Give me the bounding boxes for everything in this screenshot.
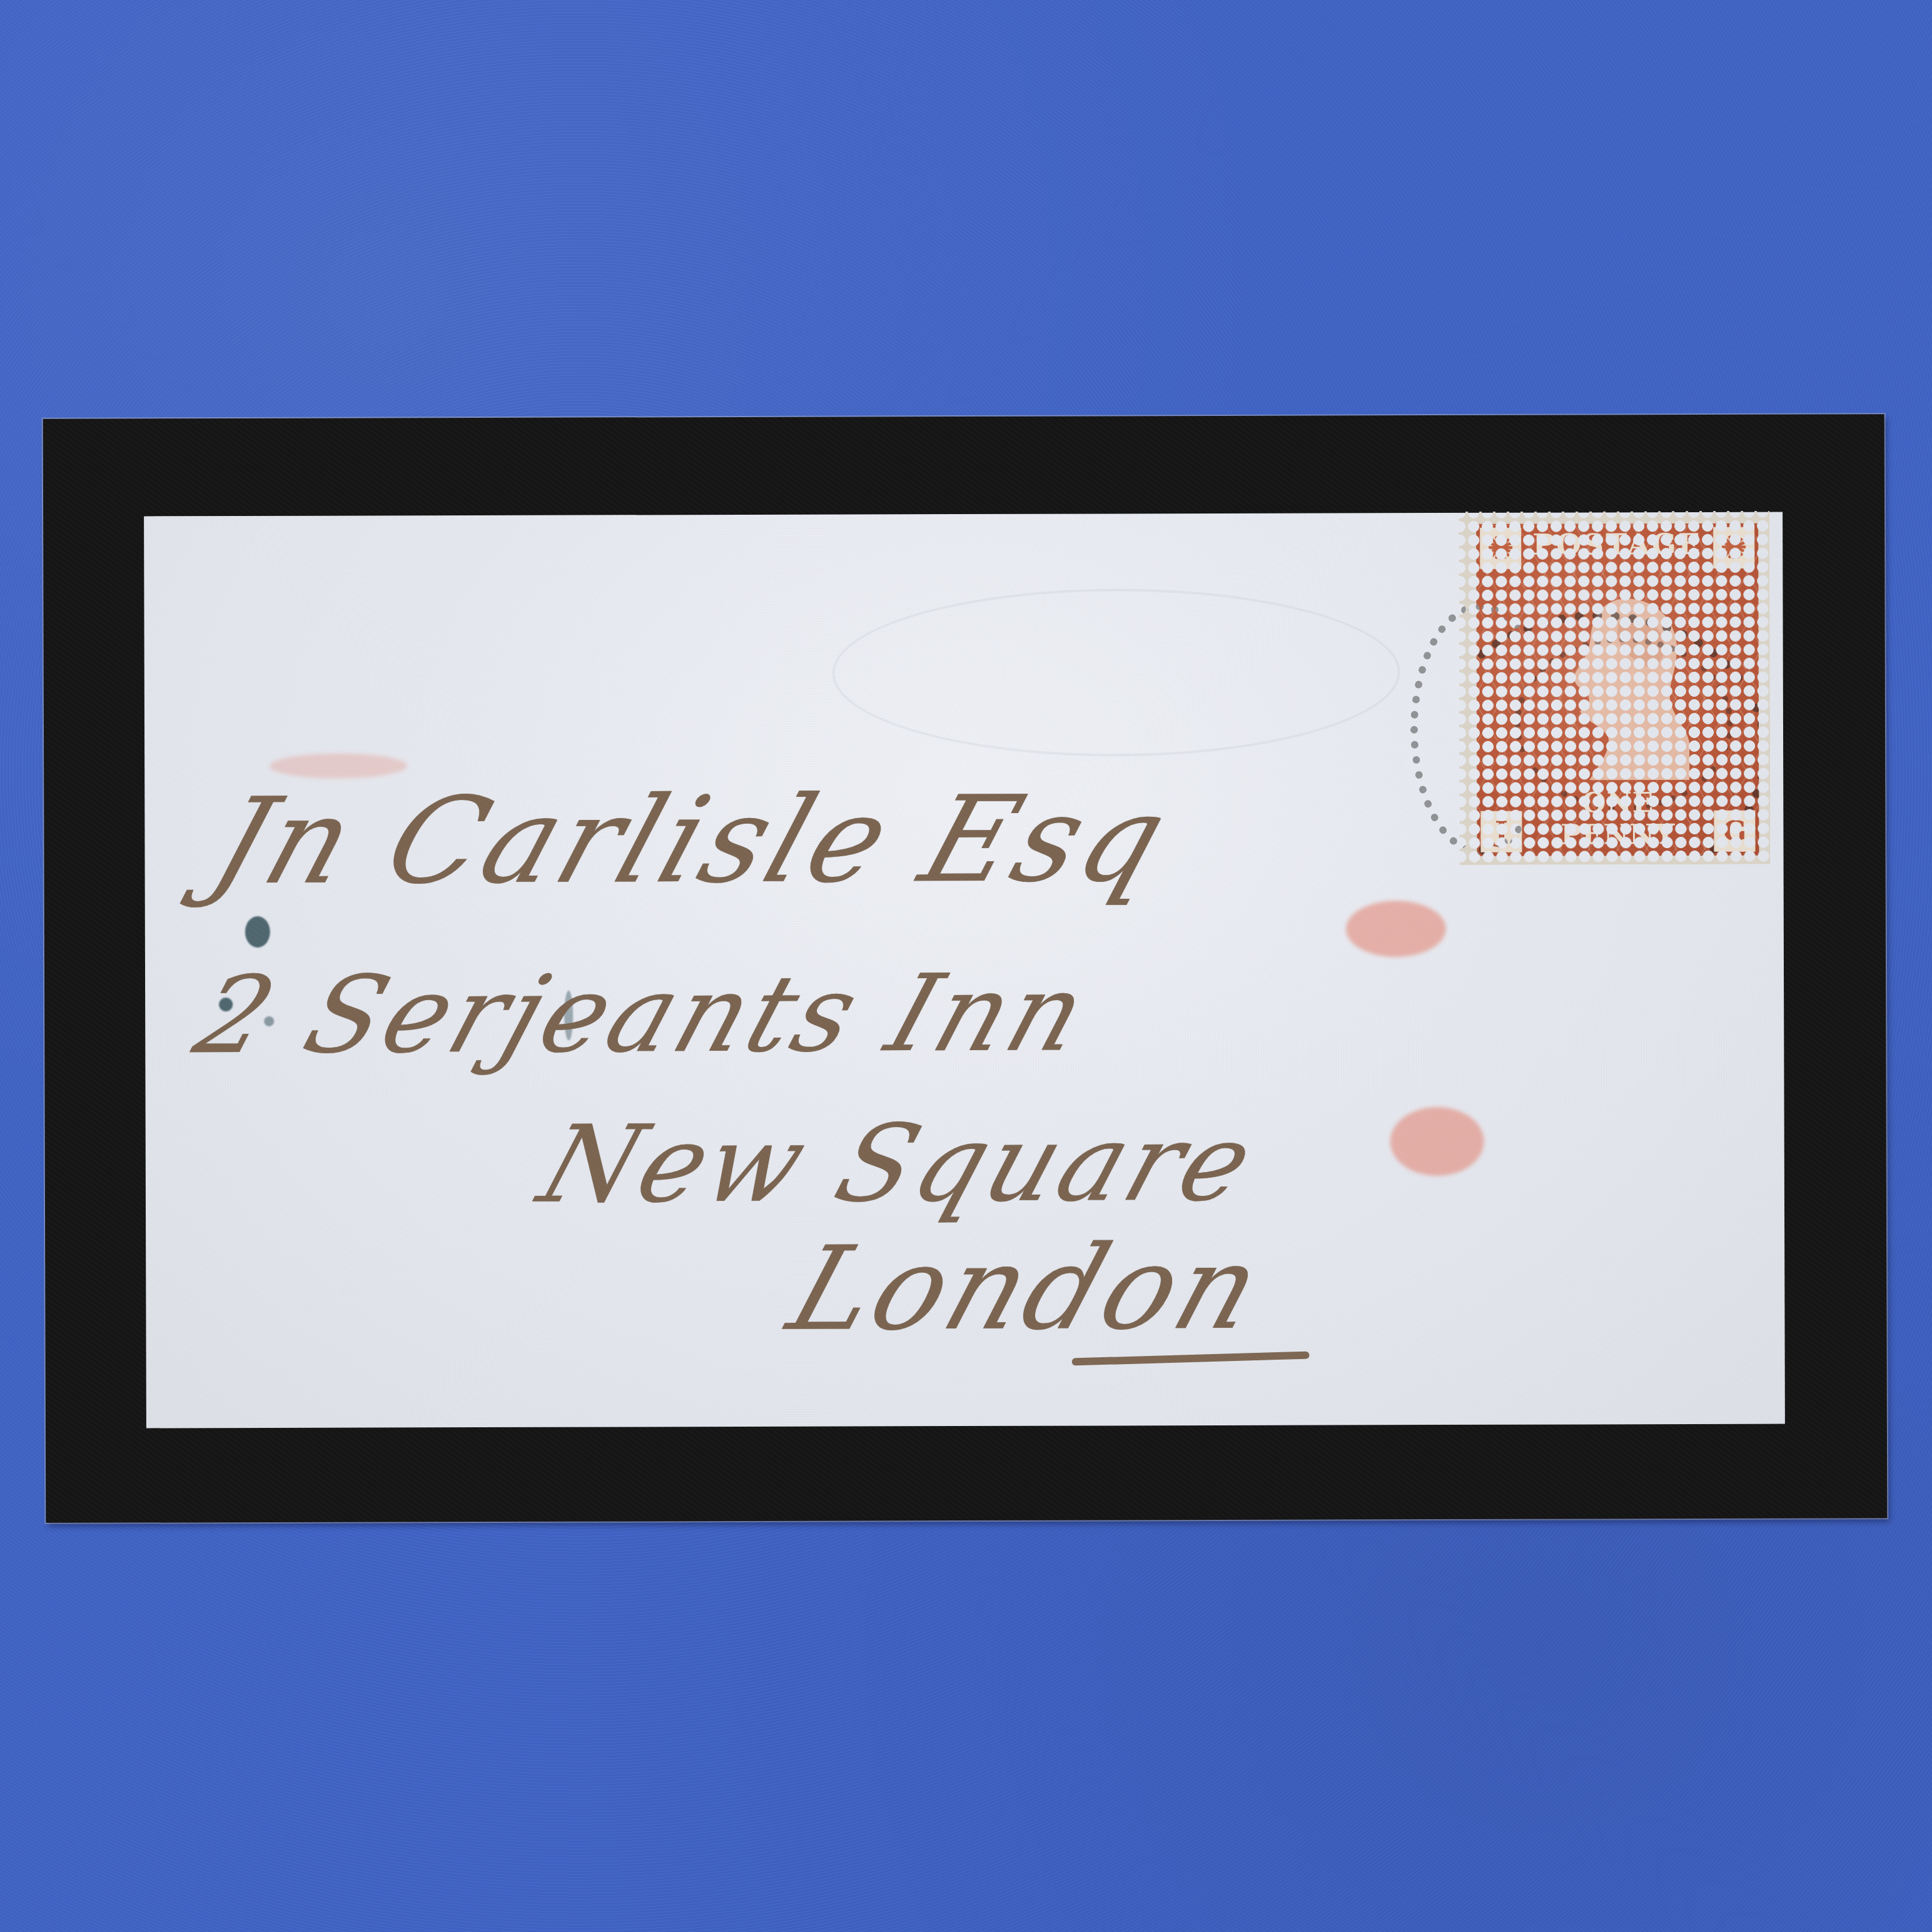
address-line-area: New Square (526, 1101, 1271, 1227)
stamp-design: ✺ ✺ POSTAGE J G ONE PENNY (1476, 523, 1759, 856)
stamp-value-label: ONE PENNY (1525, 787, 1710, 851)
address-line-name: Jn Carlisle Esq (198, 770, 1186, 911)
stamp-corner-letter-right: G (1714, 811, 1755, 852)
stamp-corner-letter-left: J (1480, 811, 1522, 852)
mourning-envelope: Jn Carlisle Esq 2 Serjeants Inn New Squa… (43, 414, 1888, 1523)
stamp-top-label: POSTAGE (1476, 527, 1758, 562)
address-line-street: 2 Serjeants Inn (181, 951, 1103, 1078)
stamp-cancel-ring-inner (1514, 636, 1734, 812)
penny-red-stamp: ✺ ✺ POSTAGE J G ONE PENNY (1459, 511, 1770, 865)
address-line-city: London (775, 1220, 1280, 1357)
